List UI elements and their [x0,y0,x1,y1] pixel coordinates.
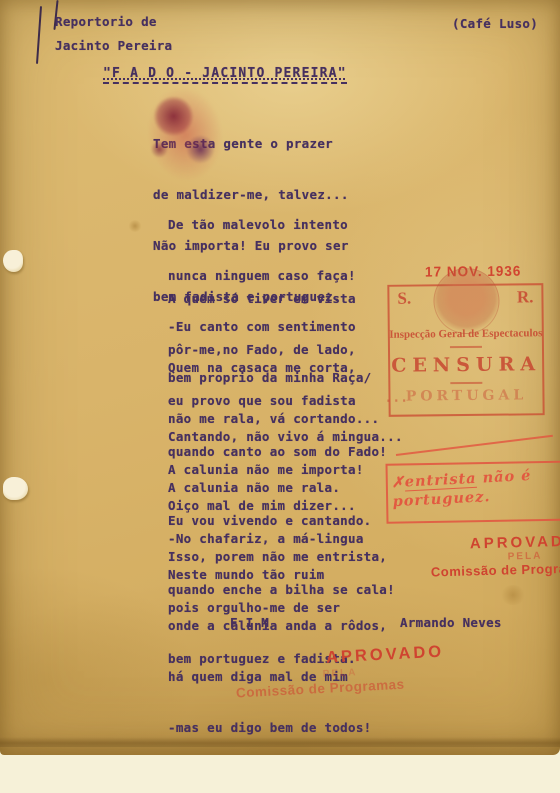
punch-hole [3,250,23,272]
approval-stamp-right: APROVADO PELA Comissão de Programas [424,531,560,579]
stanza-line: -mas eu digo bem de todos! [168,719,387,736]
stanza-7: Neste mundo tão ruim onde a calunia anda… [168,532,387,755]
header-repertoire: Reportorio de Jacinto Pereira [55,10,172,58]
censor-x-mark: ✗ [391,474,405,492]
stamp-divider [450,382,482,384]
stamp-country: PORTUGAL [390,387,542,405]
approval-stamp-bottom: APROVADO PELA Comissão de Programas [234,643,446,701]
pen-stroke-mark [36,6,42,64]
paper-stain [128,220,142,232]
paper-bottom-crease [0,737,560,747]
stanza-line: De tão malevolo intento [168,216,371,233]
stanza-line: Cantando, não vivo á mingua... [168,428,403,445]
stanza-line: Quem na casaca me corta, [168,359,379,376]
author-name: Armando Neves [400,615,502,630]
stanza-line: onde a calunia anda a rôdos, [168,617,387,634]
stamp-dots: ... [384,391,408,406]
initial-right: R. [517,287,534,307]
censor-note-rest: não é [476,467,532,487]
stamp-censura-word: CENSURA [390,353,542,377]
ink-blot [124,79,246,189]
stamp-initials: S. R. [389,287,541,309]
stamp-agency: Inspecção Geral de Espectaculos [386,327,546,341]
stanza-line: Neste mundo tão ruim [168,566,387,583]
censor-note-word: entrista [404,470,477,492]
censorship-stamp: 17 NOV. 1936 S. R. Inspecção Geral de Es… [387,283,544,417]
paper-stain [500,585,526,605]
censor-pen-line [396,435,553,456]
initial-left: S. [397,289,411,309]
fim-label: F I M [230,615,269,630]
stanza-line: Oiço mal de mim dizer... [168,497,387,514]
stanza-line: A quem só tiver em vista [168,290,387,307]
venue-label: (Café Luso) [452,12,538,36]
document-page: Reportorio de Jacinto Pereira (Café Luso… [0,0,560,755]
stamp-divider [450,346,482,348]
repertoire-line1: Reportorio de [55,14,157,29]
punch-hole [3,477,28,500]
repertoire-line2: Jacinto Pereira [55,38,172,53]
